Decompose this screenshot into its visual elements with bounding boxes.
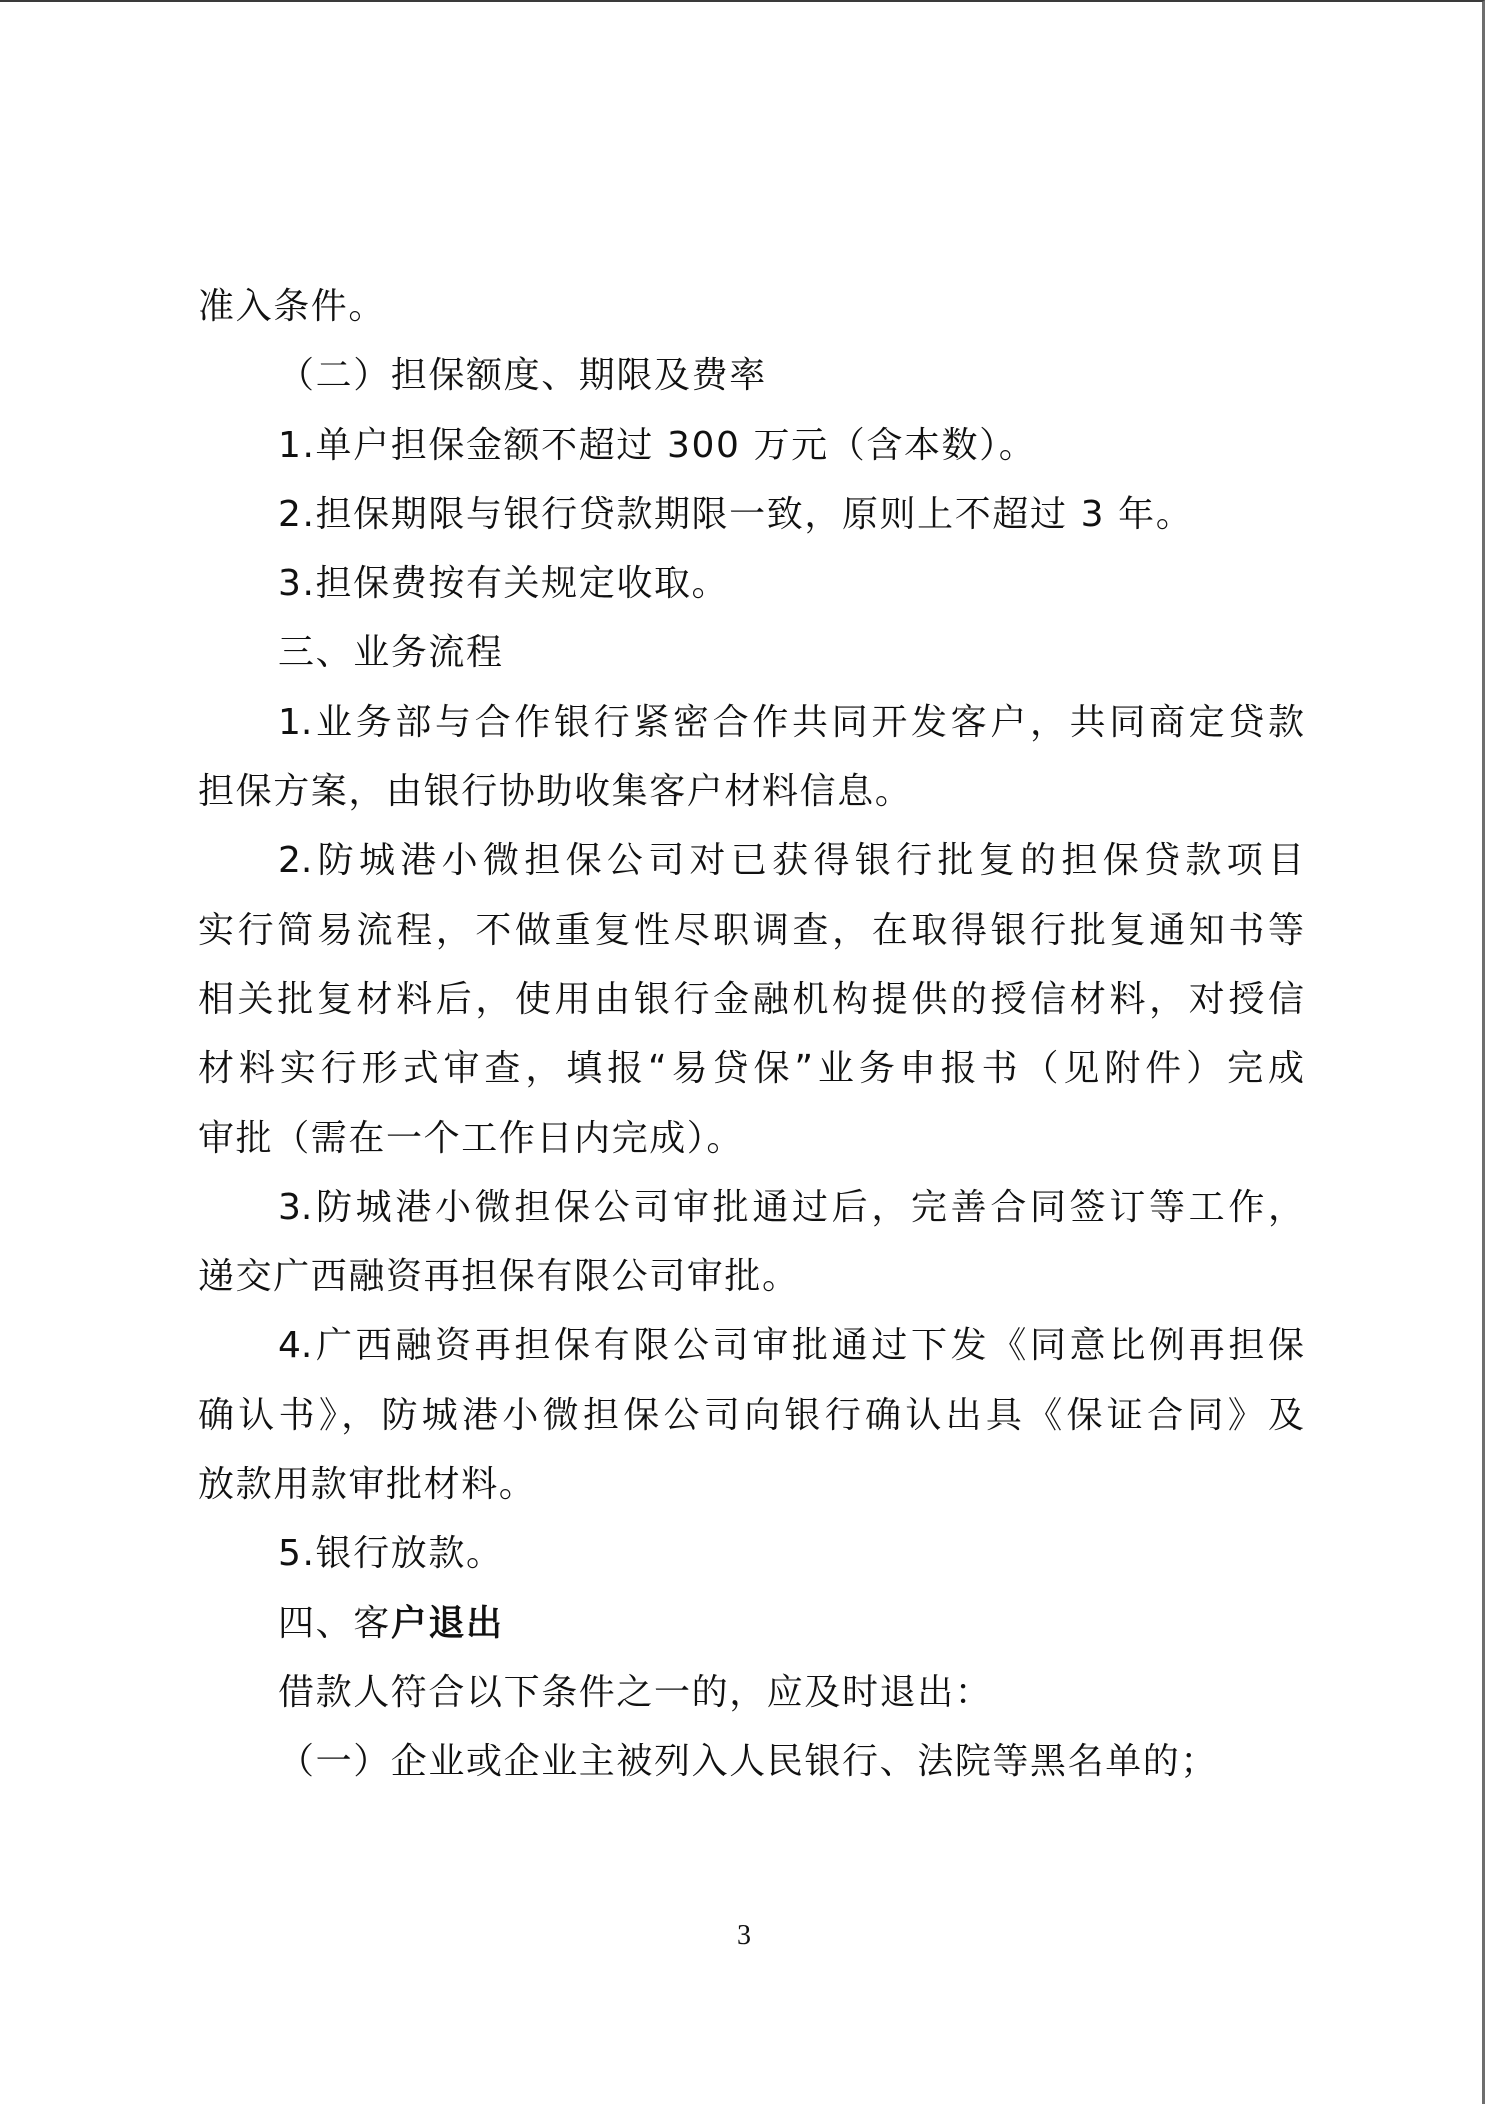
process-step-4-line-1: 4.广西融资再担保有限公司审批通过下发《同意比例再担保 bbox=[198, 1311, 1304, 1380]
process-step-2-line-5: 审批（需在一个工作日内完成）。 bbox=[198, 1104, 1304, 1173]
process-step-2-line-4: 材料实行形式审查，填报“易贷保”业务申报书（见附件）完成 bbox=[198, 1034, 1304, 1103]
process-step-4-line-3: 放款用款审批材料。 bbox=[198, 1450, 1304, 1519]
heading-customer-exit-normal: 四、客 bbox=[278, 1603, 391, 1644]
process-step-4-line-2: 确认书》，防城港小微担保公司向银行确认出具《保证合同》及 bbox=[198, 1381, 1304, 1450]
process-step-2-line-2: 实行简易流程，不做重复性尽职调查，在取得银行批复通知书等 bbox=[198, 896, 1304, 965]
item-guarantee-amount: 1.单户担保金额不超过 300 万元（含本数）。 bbox=[198, 411, 1304, 480]
process-step-3-line-1: 3.防城港小微担保公司审批通过后，完善合同签订等工作， bbox=[198, 1173, 1304, 1242]
heading-business-process: 三、业务流程 bbox=[198, 618, 1304, 687]
document-body: 准入条件。 （二）担保额度、期限及费率 1.单户担保金额不超过 300 万元（含… bbox=[198, 272, 1304, 1797]
page-number: 3 bbox=[0, 1920, 1488, 1952]
process-step-1-line-1: 1.业务部与合作银行紧密合作共同开发客户，共同商定贷款 bbox=[198, 688, 1304, 757]
process-step-3-line-2: 递交广西融资再担保有限公司审批。 bbox=[198, 1242, 1304, 1311]
process-step-1-line-2: 担保方案，由银行协助收集客户材料信息。 bbox=[198, 757, 1304, 826]
heading-customer-exit: 四、客户退出 bbox=[198, 1589, 1304, 1658]
exit-conditions-intro: 借款人符合以下条件之一的，应及时退出： bbox=[198, 1658, 1304, 1727]
exit-condition-1: （一）企业或企业主被列入人民银行、法院等黑名单的； bbox=[198, 1727, 1304, 1796]
heading-customer-exit-bold: 户退出 bbox=[391, 1603, 504, 1644]
process-step-5: 5.银行放款。 bbox=[198, 1519, 1304, 1588]
document-page: 准入条件。 （二）担保额度、期限及费率 1.单户担保金额不超过 300 万元（含… bbox=[0, 0, 1485, 2104]
item-guarantee-fee: 3.担保费按有关规定收取。 bbox=[198, 549, 1304, 618]
process-step-2-line-3: 相关批复材料后，使用由银行金融机构提供的授信材料，对授信 bbox=[198, 965, 1304, 1034]
text-line-admission-conditions: 准入条件。 bbox=[198, 272, 1304, 341]
subheading-guarantee-limit-term-rate: （二）担保额度、期限及费率 bbox=[198, 341, 1304, 410]
process-step-2-line-1: 2.防城港小微担保公司对已获得银行批复的担保贷款项目 bbox=[198, 826, 1304, 895]
item-guarantee-term: 2.担保期限与银行贷款期限一致，原则上不超过 3 年。 bbox=[198, 480, 1304, 549]
